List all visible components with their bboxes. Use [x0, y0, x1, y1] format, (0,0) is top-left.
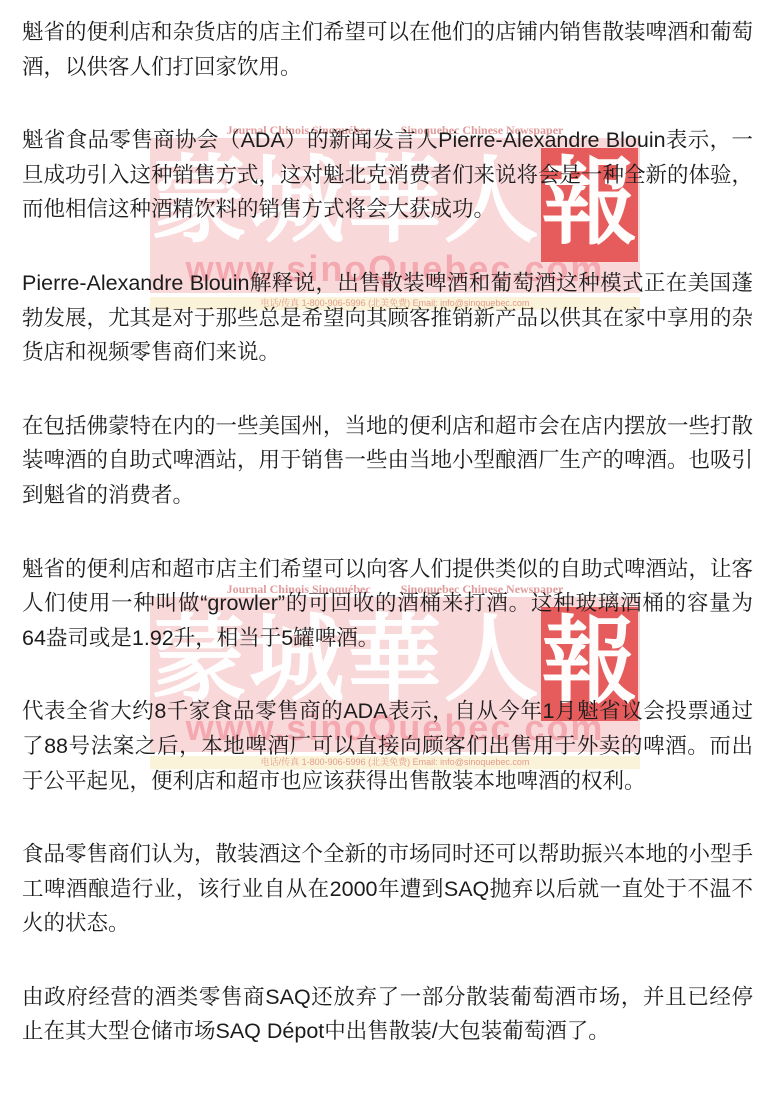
article-body: 魁省的便利店和杂货店的店主们希望可以在他们的店铺内销售散装啤酒和葡萄酒，以供客人… — [22, 15, 753, 1088]
article-page: Journal Chinois Sinoquébec Sinoquebec Ch… — [0, 0, 775, 1095]
paragraph-1: 魁省的便利店和杂货店的店主们希望可以在他们的店铺内销售散装啤酒和葡萄酒，以供客人… — [22, 15, 753, 84]
paragraph-5: 魁省的便利店和超市店主们希望可以向客人们提供类似的自助式啤酒站，让客人们使用一种… — [22, 552, 753, 656]
paragraph-7: 食品零售商们认为，散装酒这个全新的市场同时还可以帮助振兴本地的小型手工啤酒酿造行… — [22, 837, 753, 941]
paragraph-6: 代表全省大约8千家食品零售商的ADA表示，自从今年1月魁省议会投票通过了88号法… — [22, 694, 753, 798]
paragraph-8: 由政府经营的酒类零售商SAQ还放弃了一部分散装葡萄酒市场，并且已经停止在其大型仓… — [22, 980, 753, 1049]
paragraph-3: Pierre-Alexandre Blouin解释说，出售散装啤酒和葡萄酒这种模… — [22, 266, 753, 370]
paragraph-4: 在包括佛蒙特在内的一些美国州，当地的便利店和超市会在店内摆放一些打散装啤酒的自助… — [22, 409, 753, 513]
paragraph-2: 魁省食品零售商协会（ADA）的新闻发言人Pierre-Alexandre Blo… — [22, 123, 753, 227]
